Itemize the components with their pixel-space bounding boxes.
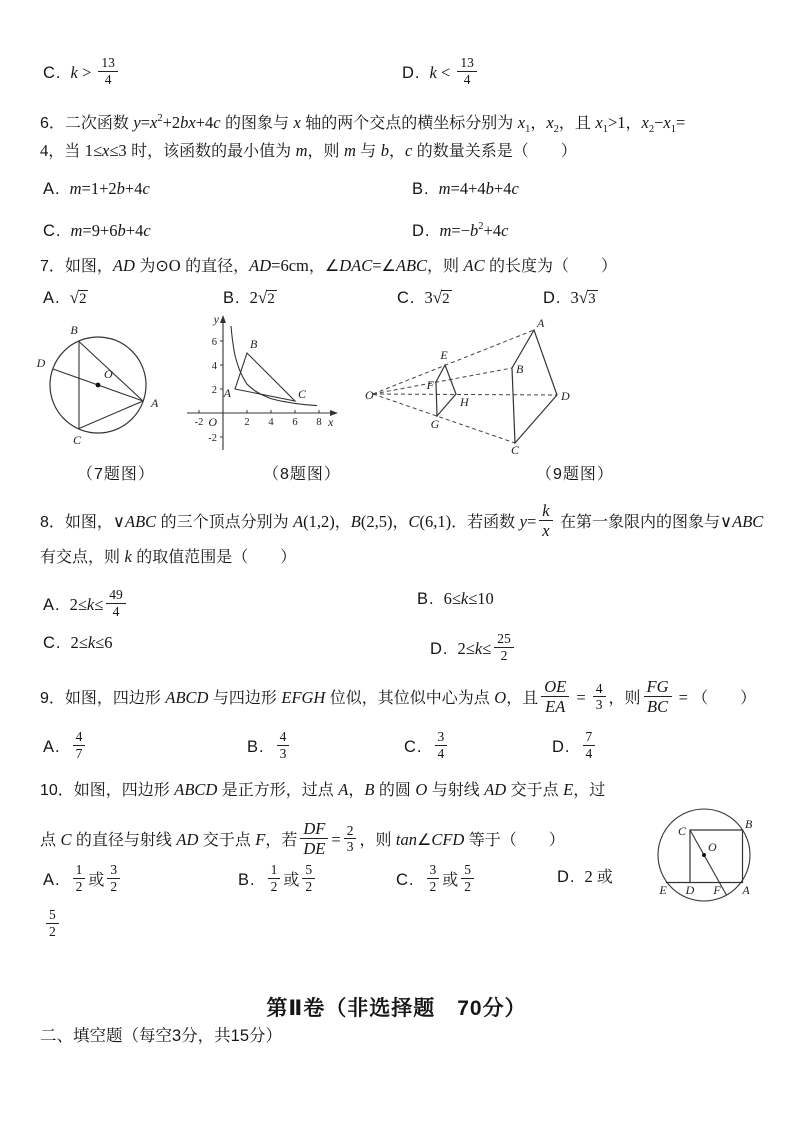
- option-label: B.: [417, 590, 435, 608]
- option-math: 2 或: [585, 869, 613, 886]
- q5-option-d: D.k < 134: [402, 57, 480, 90]
- question10-figure: C B O E D F A: [650, 787, 762, 909]
- option-math: 12或52: [265, 872, 319, 889]
- y-tick--2: -2: [208, 433, 217, 444]
- q8-text-line2: 有交点，则 k 的取值范围是（ ）: [40, 544, 296, 571]
- option-label: C.: [397, 289, 416, 307]
- option-math: m=−b2+4c: [440, 223, 509, 240]
- q9-option-b: B.43: [247, 731, 292, 764]
- y-tick-2: 2: [212, 385, 217, 396]
- square-circle-svg: C B O E D F A: [650, 787, 762, 909]
- chord-ca: [79, 401, 143, 429]
- option-label: A.: [43, 871, 61, 889]
- option-math: 32或52: [424, 872, 478, 889]
- fill-in-blanks-heading: 二、填空题（每空3分，共15分）: [40, 1022, 282, 1046]
- option-label: D.: [552, 738, 571, 756]
- option-label: B.: [238, 871, 256, 889]
- option-label: C.: [396, 871, 415, 889]
- point-label-g: G: [431, 417, 440, 431]
- x-tick--2: -2: [195, 417, 204, 428]
- y-tick-4: 4: [212, 361, 218, 372]
- question9-figure: O E F G H A B D C: [365, 315, 575, 455]
- option-label: B.: [412, 180, 430, 198]
- q7-option-d: D.3√3: [543, 288, 598, 308]
- option-label: D.: [430, 640, 449, 658]
- point-label-o: O: [708, 840, 717, 854]
- q5-option-c: C.k > 134: [43, 57, 121, 90]
- point-label-d: D: [36, 356, 46, 370]
- option-math: 2≤k≤252: [458, 641, 517, 658]
- option-label: D.: [543, 289, 562, 307]
- option-label: D.: [402, 64, 421, 82]
- option-math: 74: [580, 739, 599, 756]
- x-tick-6: 6: [292, 417, 297, 428]
- option-math: 12或32: [70, 872, 124, 889]
- point-label-a: A: [223, 386, 232, 400]
- option-math: 2≤k≤494: [70, 597, 129, 614]
- option-label: A.: [43, 596, 61, 614]
- q9-option-a: A.47: [43, 731, 88, 764]
- q8-option-a: A.2≤k≤494: [43, 589, 129, 622]
- similar-quads-svg: O E F G H A B D C: [365, 315, 575, 455]
- q10-text-line2: 点 C 的直径与射线 AD 交于点 F，若DFDE=23，则 tan∠CFD 等…: [40, 821, 565, 861]
- q10-option-c: C.32或52: [396, 864, 477, 897]
- center-dot: [702, 853, 706, 857]
- option-math: 47: [70, 739, 89, 756]
- q10-text-line1: 10．如图，四边形 ABCD 是正方形，过点 A，B 的圆 O 与射线 AD 交…: [40, 777, 605, 804]
- point-label-f: F: [426, 378, 435, 392]
- option-math: √2: [70, 290, 89, 307]
- q7-option-b: B.2√2: [223, 288, 277, 308]
- ray-oa: [373, 330, 534, 394]
- option-math: m=9+6b+4c: [71, 223, 151, 240]
- q10-option-a: A.12或32: [43, 864, 123, 897]
- q7-option-c: C.3√2: [397, 288, 452, 308]
- q6-text-line2: 4，当 1≤x≤3 时，该函数的最小值为 m，则 m 与 b，c 的数量关系是（…: [40, 138, 577, 165]
- q8-option-d: D.2≤k≤252: [430, 633, 517, 666]
- q6-option-a: A.m=1+2b+4c: [43, 179, 150, 199]
- option-label: C.: [43, 222, 62, 240]
- point-label-c: C: [73, 433, 82, 447]
- option-math: 34: [432, 739, 451, 756]
- option-label: C.: [404, 738, 423, 756]
- point-label-o: O: [104, 367, 113, 381]
- point-label-b: B: [745, 817, 753, 831]
- figure9-caption: （9题图）: [536, 461, 614, 484]
- q6-option-d: D.m=−b2+4c: [412, 221, 508, 241]
- option-math: 6≤k≤10: [444, 591, 494, 608]
- option-math: k < 134: [430, 65, 480, 82]
- point-label-h: H: [459, 395, 470, 409]
- q9-option-c: C.34: [404, 731, 450, 764]
- figure8-caption: （8题图）: [263, 461, 341, 484]
- point-label-b: B: [70, 323, 78, 337]
- option-label: A.: [43, 180, 61, 198]
- quad-abcd: [512, 330, 557, 443]
- figure7-caption: （7题图）: [77, 461, 155, 484]
- y-axis-arrow: [220, 315, 226, 323]
- q6-option-b: B.m=4+4b+4c: [412, 179, 519, 199]
- q9-text-line: 9．如图，四边形 ABCD 与四边形 EFGH 位似，其位似中心为点 O，且OE…: [40, 679, 756, 719]
- option-label: A.: [43, 738, 61, 756]
- point-label-c: C: [678, 824, 687, 838]
- q8-option-b: B.6≤k≤10: [417, 589, 494, 609]
- point-label-b: B: [516, 362, 524, 376]
- q6-option-c: C.m=9+6b+4c: [43, 221, 151, 241]
- x-tick-2: 2: [244, 417, 249, 428]
- origin-label: O: [208, 415, 217, 429]
- option-label: C.: [43, 64, 62, 82]
- square-cbad: [690, 830, 743, 883]
- point-label-d: D: [685, 883, 695, 897]
- option-label: B.: [223, 289, 241, 307]
- point-label-o: O: [365, 388, 374, 402]
- point-label-f: F: [712, 883, 721, 897]
- point-label-e: E: [658, 883, 667, 897]
- option-math: k > 134: [71, 65, 121, 82]
- q7-text-line: 7．如图，AD 为⊙O 的直径，AD=6cm，∠DAC=∠ABC，则 AC 的长…: [40, 253, 617, 280]
- point-label-a: A: [741, 883, 750, 897]
- ray-oc: [373, 394, 515, 443]
- axis-label-x: x: [327, 415, 334, 429]
- option-math: m=1+2b+4c: [70, 181, 150, 198]
- exam-page: C.k > 134 D.k < 134 6．二次函数 y=x2+2bx+4c 的…: [0, 0, 793, 1122]
- q7-option-a: A.√2: [43, 288, 88, 308]
- option-label: D.: [412, 222, 431, 240]
- point-label-c: C: [511, 443, 520, 455]
- question7-figure: B D O A C: [25, 315, 175, 455]
- q10-option-d: D.2 或: [557, 864, 613, 887]
- q10-option-d-continuation: 52: [43, 909, 62, 942]
- option-label: B.: [247, 738, 265, 756]
- point-label-d: D: [560, 389, 570, 403]
- x-tick-4: 4: [268, 417, 274, 428]
- option-math: m=4+4b+4c: [439, 181, 519, 198]
- point-label-b: B: [250, 337, 258, 351]
- point-label-a: A: [536, 316, 545, 330]
- ray-ob: [373, 368, 512, 394]
- option-math: 2√2: [250, 290, 277, 307]
- question8-figure: -2 2 4 6 8 6 4 2 -2 y x O A B C: [185, 312, 340, 458]
- point-label-e: E: [439, 348, 448, 362]
- quad-efgh: [436, 365, 456, 416]
- triangle-abc: [235, 353, 295, 401]
- q10-option-b: B.12或52: [238, 864, 318, 897]
- option-label: C.: [43, 634, 62, 652]
- x-tick-8: 8: [316, 417, 321, 428]
- q8-option-c: C.2≤k≤6: [43, 633, 112, 653]
- graph-figure-svg: -2 2 4 6 8 6 4 2 -2 y x O A B C: [185, 312, 340, 458]
- circle-figure-svg: B D O A C: [25, 315, 175, 455]
- axis-label-y: y: [213, 312, 220, 326]
- q8-text-line1: 8．如图，∨ABC 的三个顶点分别为 A(1,2)，B(2,5)，C(6,1)．…: [40, 503, 763, 543]
- option-math: 43: [274, 739, 293, 756]
- section-2-heading: 第Ⅱ卷（非选择题 70分）: [0, 992, 793, 1022]
- option-math: 2≤k≤6: [71, 635, 113, 652]
- option-math: 3√3: [571, 290, 598, 307]
- y-tick-6: 6: [212, 337, 217, 348]
- point-label-a: A: [150, 396, 159, 410]
- option-label: D.: [557, 868, 576, 886]
- option-math: 3√2: [425, 290, 452, 307]
- q9-option-d: D.74: [552, 731, 598, 764]
- center-dot: [96, 383, 101, 388]
- option-label: A.: [43, 289, 61, 307]
- point-label-c: C: [298, 387, 307, 401]
